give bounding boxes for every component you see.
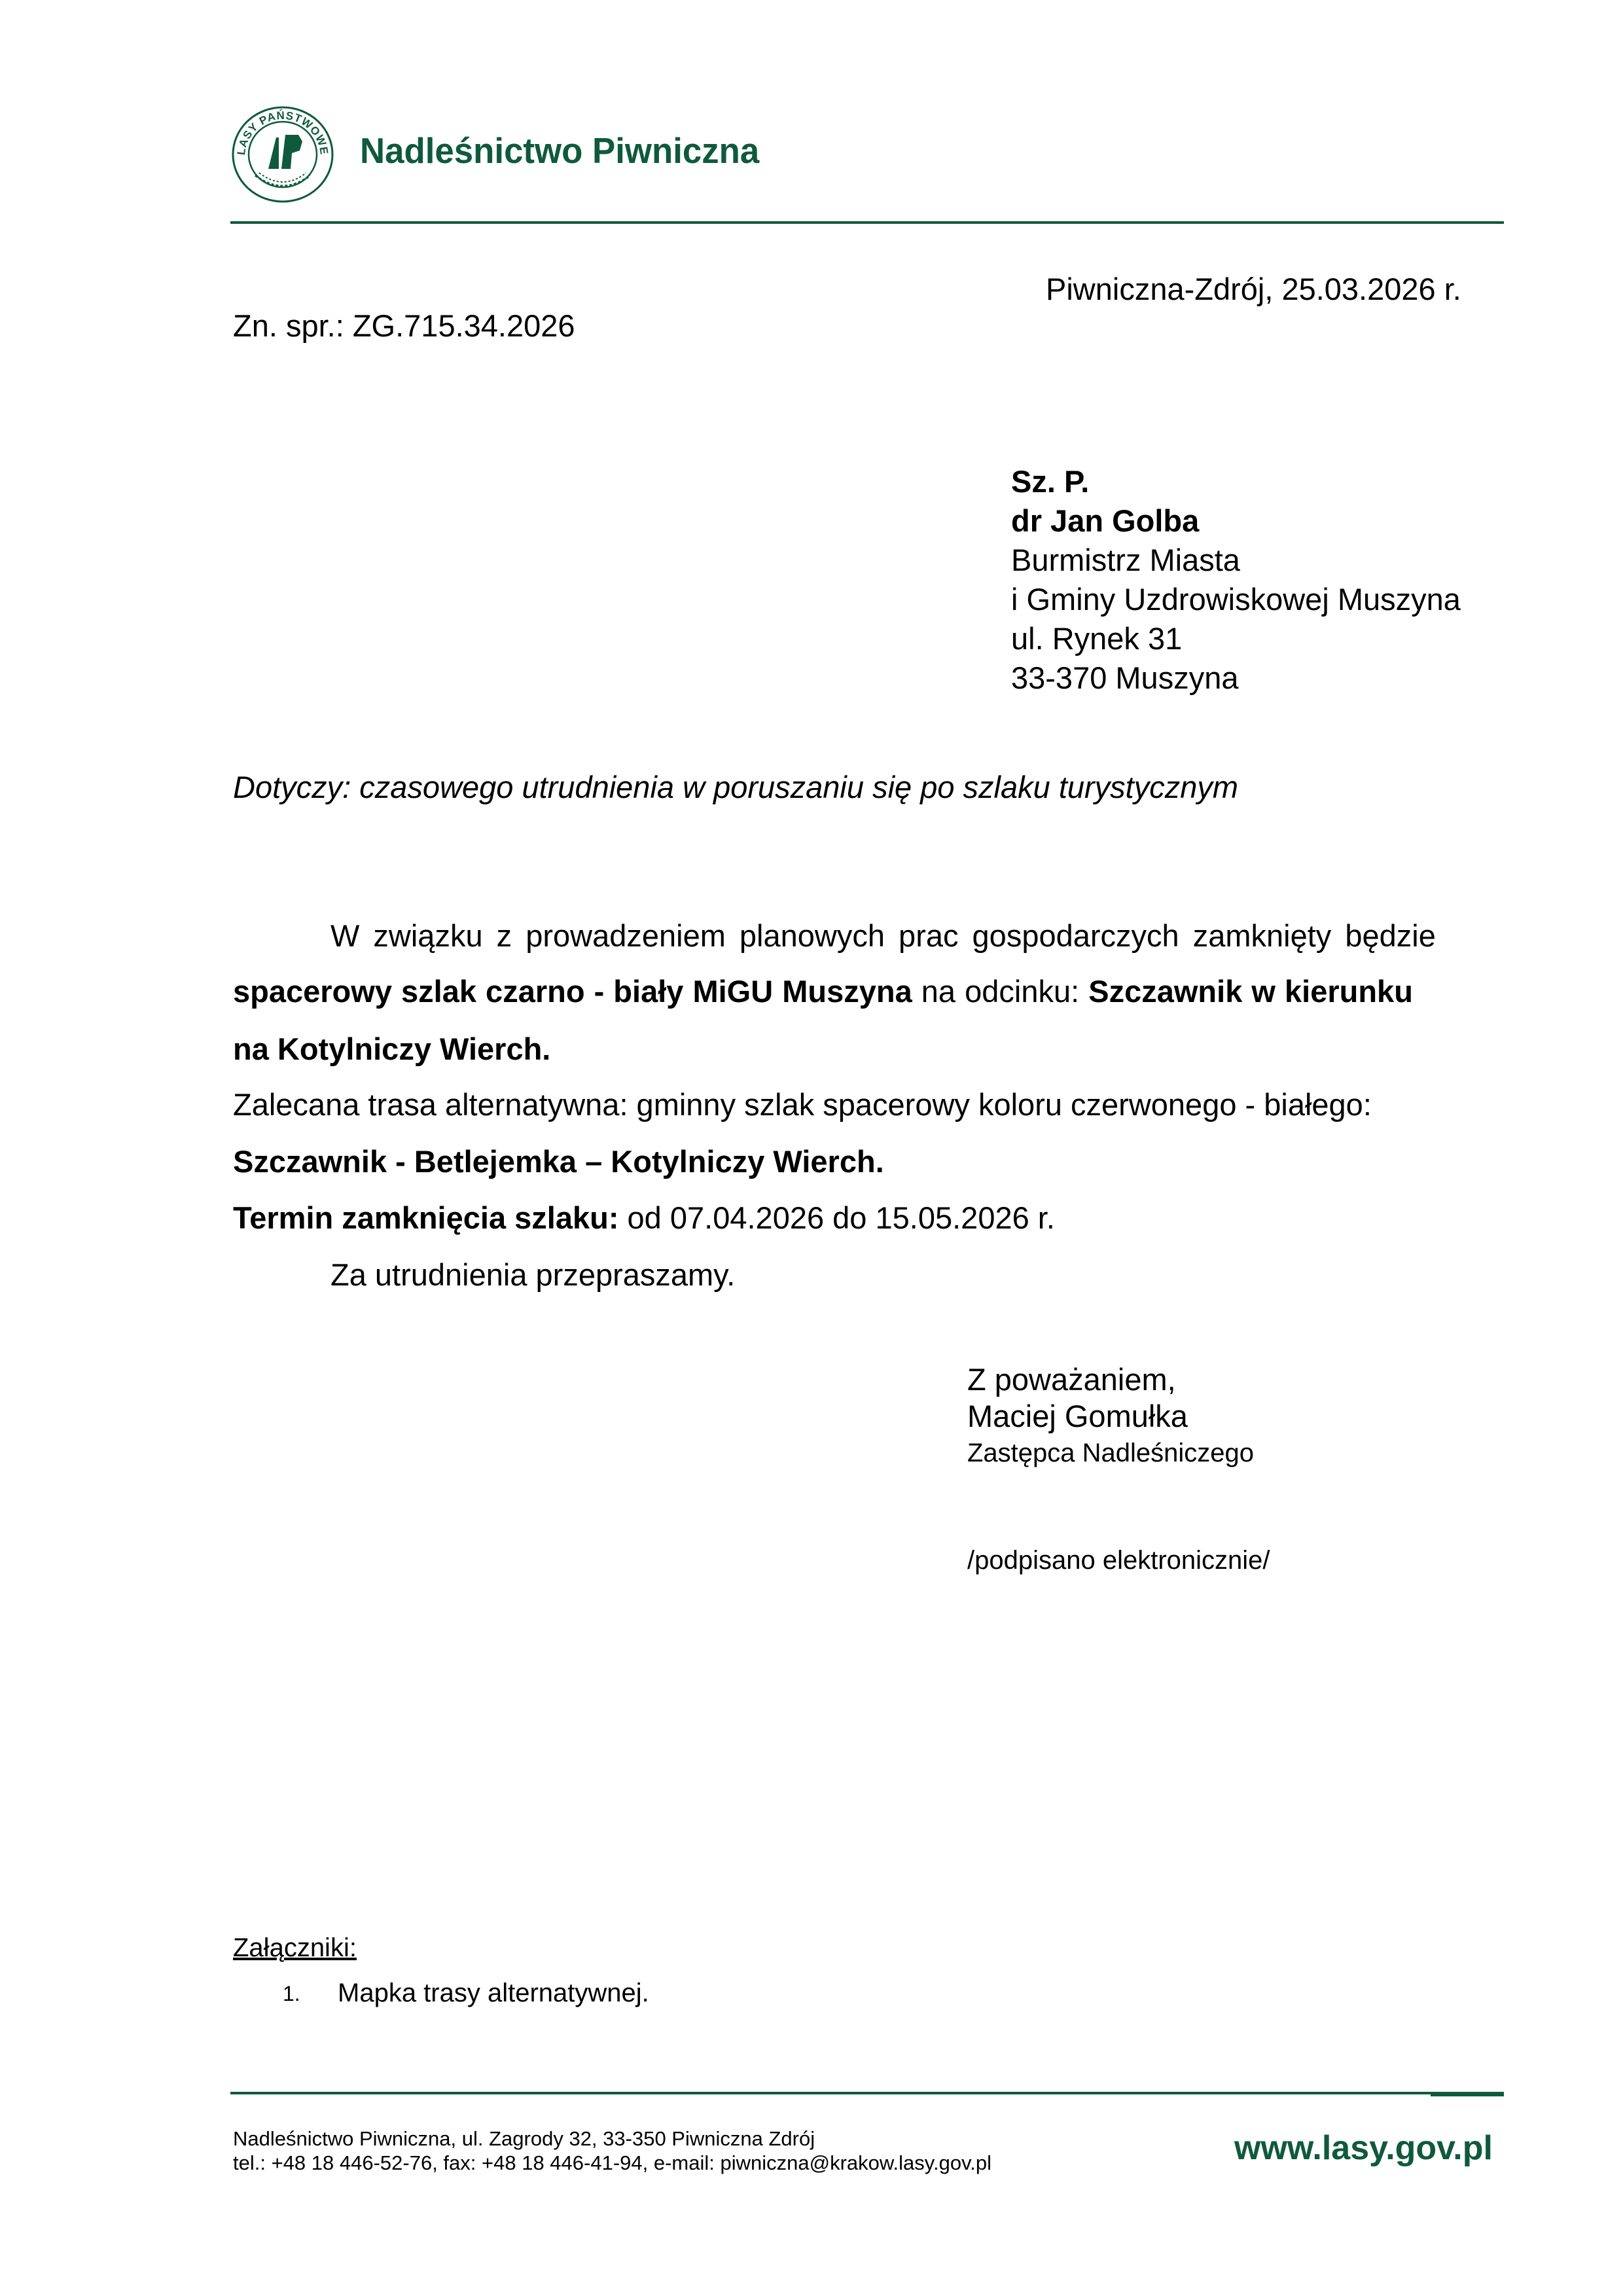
recipient-line: ul. Rynek 31 [1011, 619, 1461, 658]
signed-note: /podpisano elektronicznie/ [967, 1546, 1270, 1575]
subject-line: Dotyczy: czasowego utrudnienia w porusza… [233, 769, 1238, 805]
footer-contact: tel.: +48 18 446-52-76, fax: +48 18 446-… [233, 2151, 991, 2175]
signer-role: Zastępca Nadleśniczego [967, 1435, 1254, 1471]
footer-divider [230, 2092, 1504, 2094]
recipient-block: Sz. P. dr Jan Golba Burmistrz Miasta i G… [1011, 462, 1461, 698]
closing-block: Z poważaniem, Maciej Gomułka Zastępca Na… [967, 1361, 1254, 1471]
closure-dates: od 07.04.2026 do 15.05.2026 r. [618, 1200, 1054, 1235]
trail-section: Szczawnik w kierunku [1088, 974, 1413, 1009]
body-text: na odcinku: [912, 974, 1089, 1009]
lasy-panstwowe-logo-icon: LASY PAŃSTWOWE [230, 105, 335, 204]
attachments-heading: Załączniki: [233, 1933, 357, 1963]
reference-number: Zn. spr.: ZG.715.34.2026 [233, 308, 575, 344]
signer-name: Maciej Gomułka [967, 1398, 1254, 1435]
recipient-salutation: Sz. P. [1011, 462, 1461, 501]
place-date: Piwniczna-Zdrój, 25.03.2026 r. [1046, 271, 1461, 307]
attachment-item: Mapka trasy alternatywnej. [338, 1979, 649, 2008]
apology-text: Za utrudnienia przepraszamy. [330, 1257, 735, 1293]
alternative-route: Szczawnik - Betlejemka – Kotylniczy Wier… [233, 1143, 884, 1179]
alternative-route-text: Zalecana trasa alternatywna: gminny szla… [233, 1086, 1372, 1122]
recipient-line: i Gminy Uzdrowiskowej Muszyna [1011, 580, 1461, 619]
footer-address: Nadleśnictwo Piwniczna, ul. Zagrody 32, … [233, 2127, 815, 2151]
attachment-number: 1. [283, 1982, 300, 2006]
recipient-name: dr Jan Golba [1011, 501, 1461, 541]
recipient-line: Burmistrz Miasta [1011, 541, 1461, 580]
closure-period: Termin zamknięcia szlaku: od 07.04.2026 … [233, 1200, 1055, 1236]
footer-website-link[interactable]: www.lasy.gov.pl [1234, 2128, 1493, 2168]
header-divider [230, 221, 1504, 224]
trail-section-cont: na Kotylniczy Wierch. [233, 1031, 550, 1067]
recipient-line: 33-370 Muszyna [1011, 658, 1461, 698]
org-name: Nadleśnictwo Piwniczna [360, 130, 759, 171]
footer-divider-accent [1431, 2094, 1504, 2096]
regards: Z poważaniem, [967, 1361, 1254, 1398]
body-paragraph-1: W związku z prowadzeniem planowych prac … [330, 918, 1436, 954]
trail-name: spacerowy szlak czarno - biały MiGU Musz… [233, 974, 912, 1009]
closure-label: Termin zamknięcia szlaku: [233, 1200, 618, 1235]
body-paragraph-2: spacerowy szlak czarno - biały MiGU Musz… [233, 973, 1413, 1009]
